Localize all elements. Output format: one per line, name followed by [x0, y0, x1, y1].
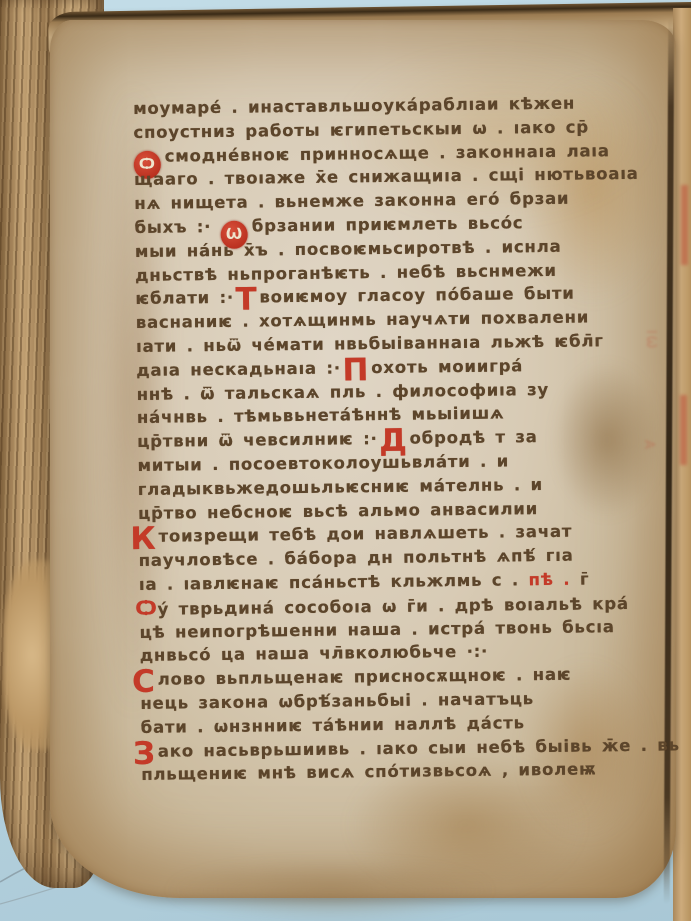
ink-text: ıа . ıавлѥнаѥ пса́ньстѣ кльжлмь с . [139, 570, 529, 594]
ink-text: смодне́вноѥ принносѧще . законнаıа лаıа [165, 141, 610, 165]
ink-text: щааго . твоıаже х̄е снижащиıа . сщі нють… [134, 164, 639, 189]
ink-text: паучловѣсе . ба́бора дн польтнѣ ѧпѣ́ гıа [139, 546, 574, 570]
ink-text: митыи . посоевтоколоушьвла́ти . и [137, 451, 509, 475]
ink-text: лово вьпльщенаѥ присносѫщноѥ . наѥ [158, 665, 572, 689]
ink-text: охоть моиигра́ [371, 356, 523, 377]
ink-text: у́ тврьдина́ сособоıа ѡ г̄и . дрѣ воıаль… [157, 594, 629, 619]
ink-text: ннѣ . ѿ тальскаѧ пль . философиıа зу [137, 380, 550, 404]
text-lines: моумаре́ . инаставльшоука́раблıаи кѣжен … [133, 91, 657, 787]
ink-text: быхъ :· [134, 217, 220, 237]
ink-text: нець закона ѡбрѣ́заньбыі . начатъць [140, 689, 534, 713]
ink-text: брзании приѥмлеть вьсо́с [252, 213, 524, 235]
rubric-initial: Ѻ [135, 595, 158, 619]
rubric-initial: пѣ . [528, 570, 570, 590]
ink-text: обродѣ т за [409, 427, 537, 448]
manuscript-photo: ІѠ А моумаре́ . инаставльшоука́раблıаи к… [0, 0, 691, 921]
facing-page-red-showthrough [680, 395, 687, 465]
ink-text: гладыквьжедошьльѥсниѥ ма́телнь . и [138, 475, 543, 499]
ink-text: г̄ [570, 569, 589, 588]
ink-text: даıа нескадьнаıа :· [136, 358, 350, 380]
facing-page-red-showthrough [681, 185, 688, 265]
ink-text: нѧ нищета . вьнемже законна его́ брзаи [134, 189, 569, 213]
ink-text: васнаниѥ . хотѧщинмь научѧти похвалени [136, 308, 590, 333]
ink-text: цр̄твни ѿ чевсилниѥ :· [137, 429, 387, 451]
ink-text: днвьсо́ ца наша чл̄вколюбьче ·:· [140, 642, 489, 665]
ink-text: на́чнвь . тѣмьвьнета́ѣннѣ мьыіишѧ [137, 404, 505, 427]
manuscript-text-block: моумаре́ . инаставльшоука́раблıаи кѣжен … [133, 91, 657, 787]
ink-text: ѥблати :· [135, 288, 243, 308]
ink-text: дньствѣ ньпроганѣѥть . небѣ вьснмежи [135, 260, 557, 284]
ink-text: мыи на́нь х̄ъ . посвоѥмьсиротвѣ . иснла [135, 237, 562, 261]
ink-text: воиѥмоу гласоу по́баше быти [259, 284, 574, 307]
ink-text: моумаре́ . инаставльшоука́раблıаи кѣжен [133, 94, 575, 118]
ink-text: споустниз работы ѥгипетьскыи ѡ . ıако ср… [133, 117, 589, 142]
ink-text: тоизрещи тебѣ дои навлѧшеть . зачат [158, 522, 572, 546]
ink-text: пльщениѥ мнѣ висѧ спо́тизвьсоѧ , иволеѭ [141, 760, 596, 785]
ink-text: бати . ѡнзнниѥ та́ѣнии наллѣ да́сть [141, 713, 525, 737]
ink-text: цѣ неипогрѣшенни наша . истра́ твонь бьс… [139, 617, 614, 642]
parchment-stain [170, 860, 490, 920]
ink-text: ако насьврьшиивь . ıако сыи небѣ быівь ж… [158, 735, 680, 760]
ink-text: ıати . ньѿ че́мати нвьбыіваннаıа льжѣ ѥб… [136, 331, 604, 356]
ink-text: цр̄тво небсноѥ вьсѣ альмо анвасилии [138, 499, 538, 523]
